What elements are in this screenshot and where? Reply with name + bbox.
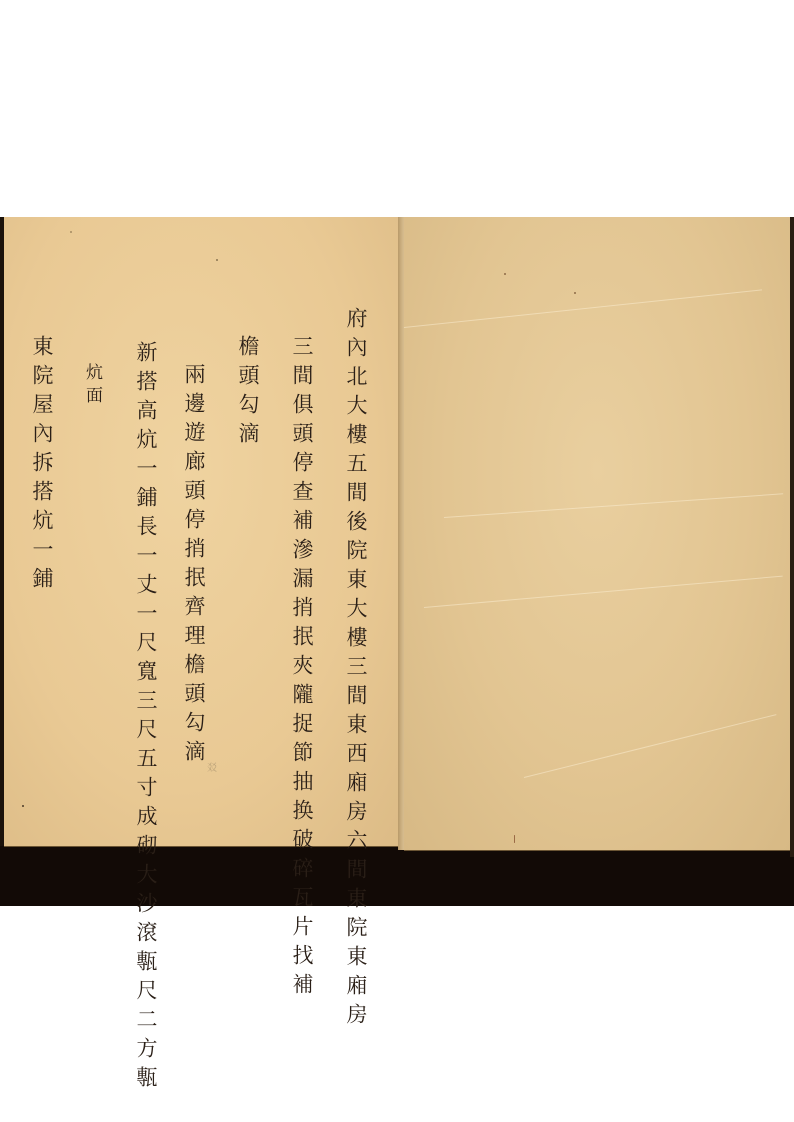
paper-crease (424, 576, 783, 608)
ink-speck (216, 259, 218, 261)
faint-stamp-mark: 㸚 (207, 765, 221, 781)
paper-crease (524, 714, 777, 778)
text-column-4: 兩邊遊廊頭停捎抿齊理檐頭勾滴 (182, 363, 206, 769)
paper-speck (504, 273, 506, 275)
text-column-3: 檐頭勾滴 (236, 335, 260, 451)
text-column-7: 東院屋內拆搭炕一鋪 (30, 335, 54, 596)
right-page-edge (790, 217, 794, 857)
right-page-blank (404, 217, 790, 851)
ink-speck (70, 231, 72, 233)
paper-speck (514, 835, 515, 843)
left-page: 府內北大樓五間後院東大樓三間東西廂房六間東院東廂房 三間俱頭停查補滲漏捎抿夾隴捉… (4, 217, 398, 847)
scanned-book-spread: 府內北大樓五間後院東大樓三間東西廂房六間東院東廂房 三間俱頭停查補滲漏捎抿夾隴捉… (0, 217, 794, 906)
paper-crease (444, 493, 783, 518)
paper-crease (404, 289, 762, 328)
ink-speck (22, 805, 24, 807)
text-column-5: 新搭高炕一鋪長一丈一尺寬三尺五寸成砌大沙滾甎尺二方甎 (134, 341, 158, 1095)
text-column-2: 三間俱頭停查補滲漏捎抿夾隴捉節抽换破碎瓦片找補 (290, 335, 314, 1002)
paper-speck (574, 292, 576, 294)
text-column-1: 府內北大樓五間後院東大樓三間東西廂房六間東院東廂房 (344, 307, 368, 1032)
text-column-6: 炕面 (80, 363, 104, 409)
